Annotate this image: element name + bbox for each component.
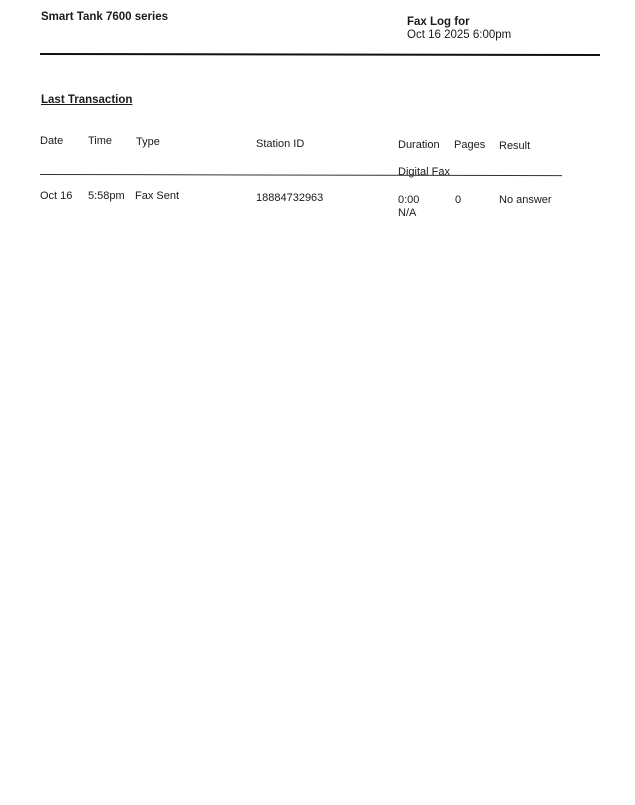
- cell-type: Fax Sent: [135, 190, 179, 202]
- column-header-time: Time: [88, 135, 112, 147]
- cell-pages: 0: [455, 194, 461, 206]
- header-divider: [40, 53, 600, 56]
- column-header-date: Date: [40, 135, 63, 147]
- column-header-pages: Pages: [454, 139, 485, 151]
- section-title: Last Transaction: [41, 94, 132, 106]
- column-header-type: Type: [136, 136, 160, 148]
- cell-date: Oct 16: [40, 190, 72, 202]
- cell-station-id: 18884732963: [256, 192, 323, 204]
- cell-time: 5:58pm: [88, 190, 125, 202]
- cell-duration: 0:00: [398, 194, 419, 206]
- cell-result: No answer: [499, 194, 552, 206]
- column-subheader-digital-fax: Digital Fax: [398, 166, 450, 178]
- cell-digital-fax: N/A: [398, 207, 416, 219]
- table-header-divider: [40, 174, 562, 176]
- column-header-duration: Duration: [398, 139, 440, 151]
- column-header-station-id: Station ID: [256, 138, 304, 150]
- fax-log-datetime: Oct 16 2025 6:00pm: [407, 29, 511, 41]
- fax-log-title: Fax Log for: [407, 16, 470, 28]
- printer-model: Smart Tank 7600 series: [41, 11, 168, 23]
- column-header-result: Result: [499, 140, 530, 152]
